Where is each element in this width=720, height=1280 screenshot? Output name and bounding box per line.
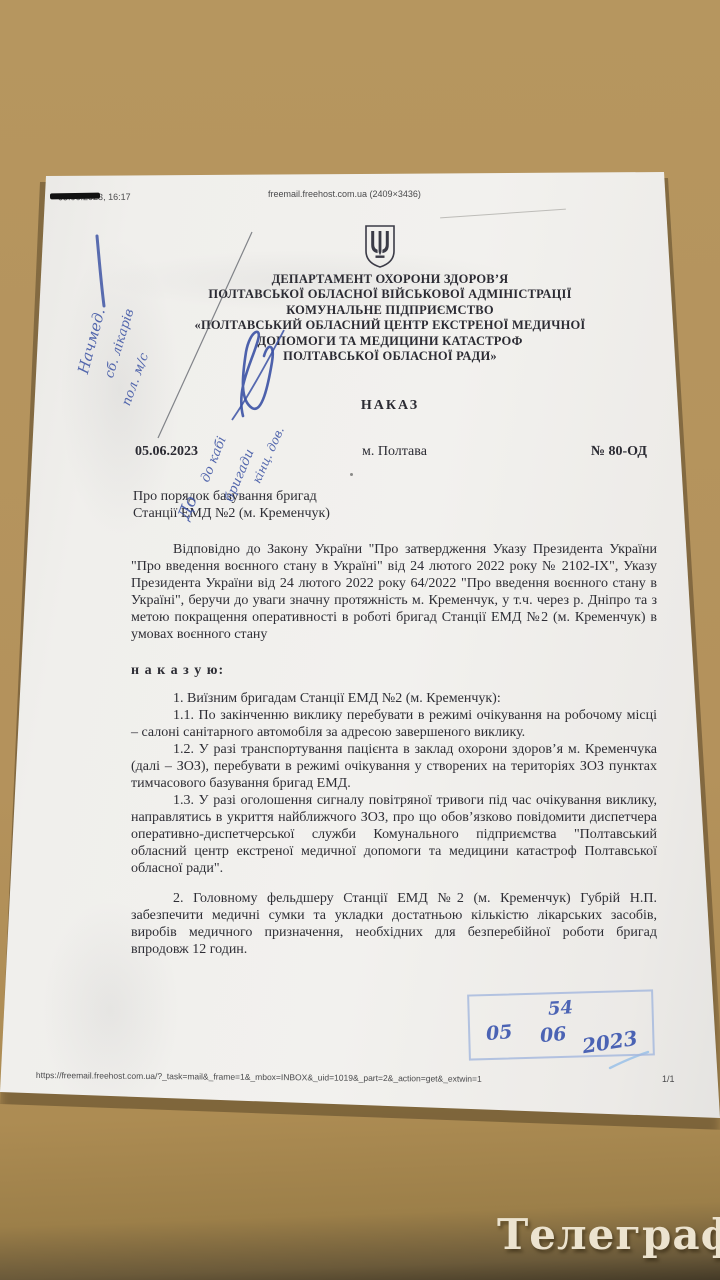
watermark-main-text: Телеграф	[497, 1210, 720, 1259]
stamp-month: 06	[539, 1023, 567, 1047]
stamp-day: 05	[485, 1021, 513, 1045]
photo-of-document: 05.06.2023, 16:17 freemail.freehost.com.…	[0, 0, 720, 1280]
print-footer-page: 1/1	[662, 1074, 675, 1084]
telegraf-watermark: ТелеграфЪ	[497, 1210, 720, 1259]
handwriting-strokes	[0, 0, 720, 1280]
stamp-number: 54	[547, 997, 573, 1020]
